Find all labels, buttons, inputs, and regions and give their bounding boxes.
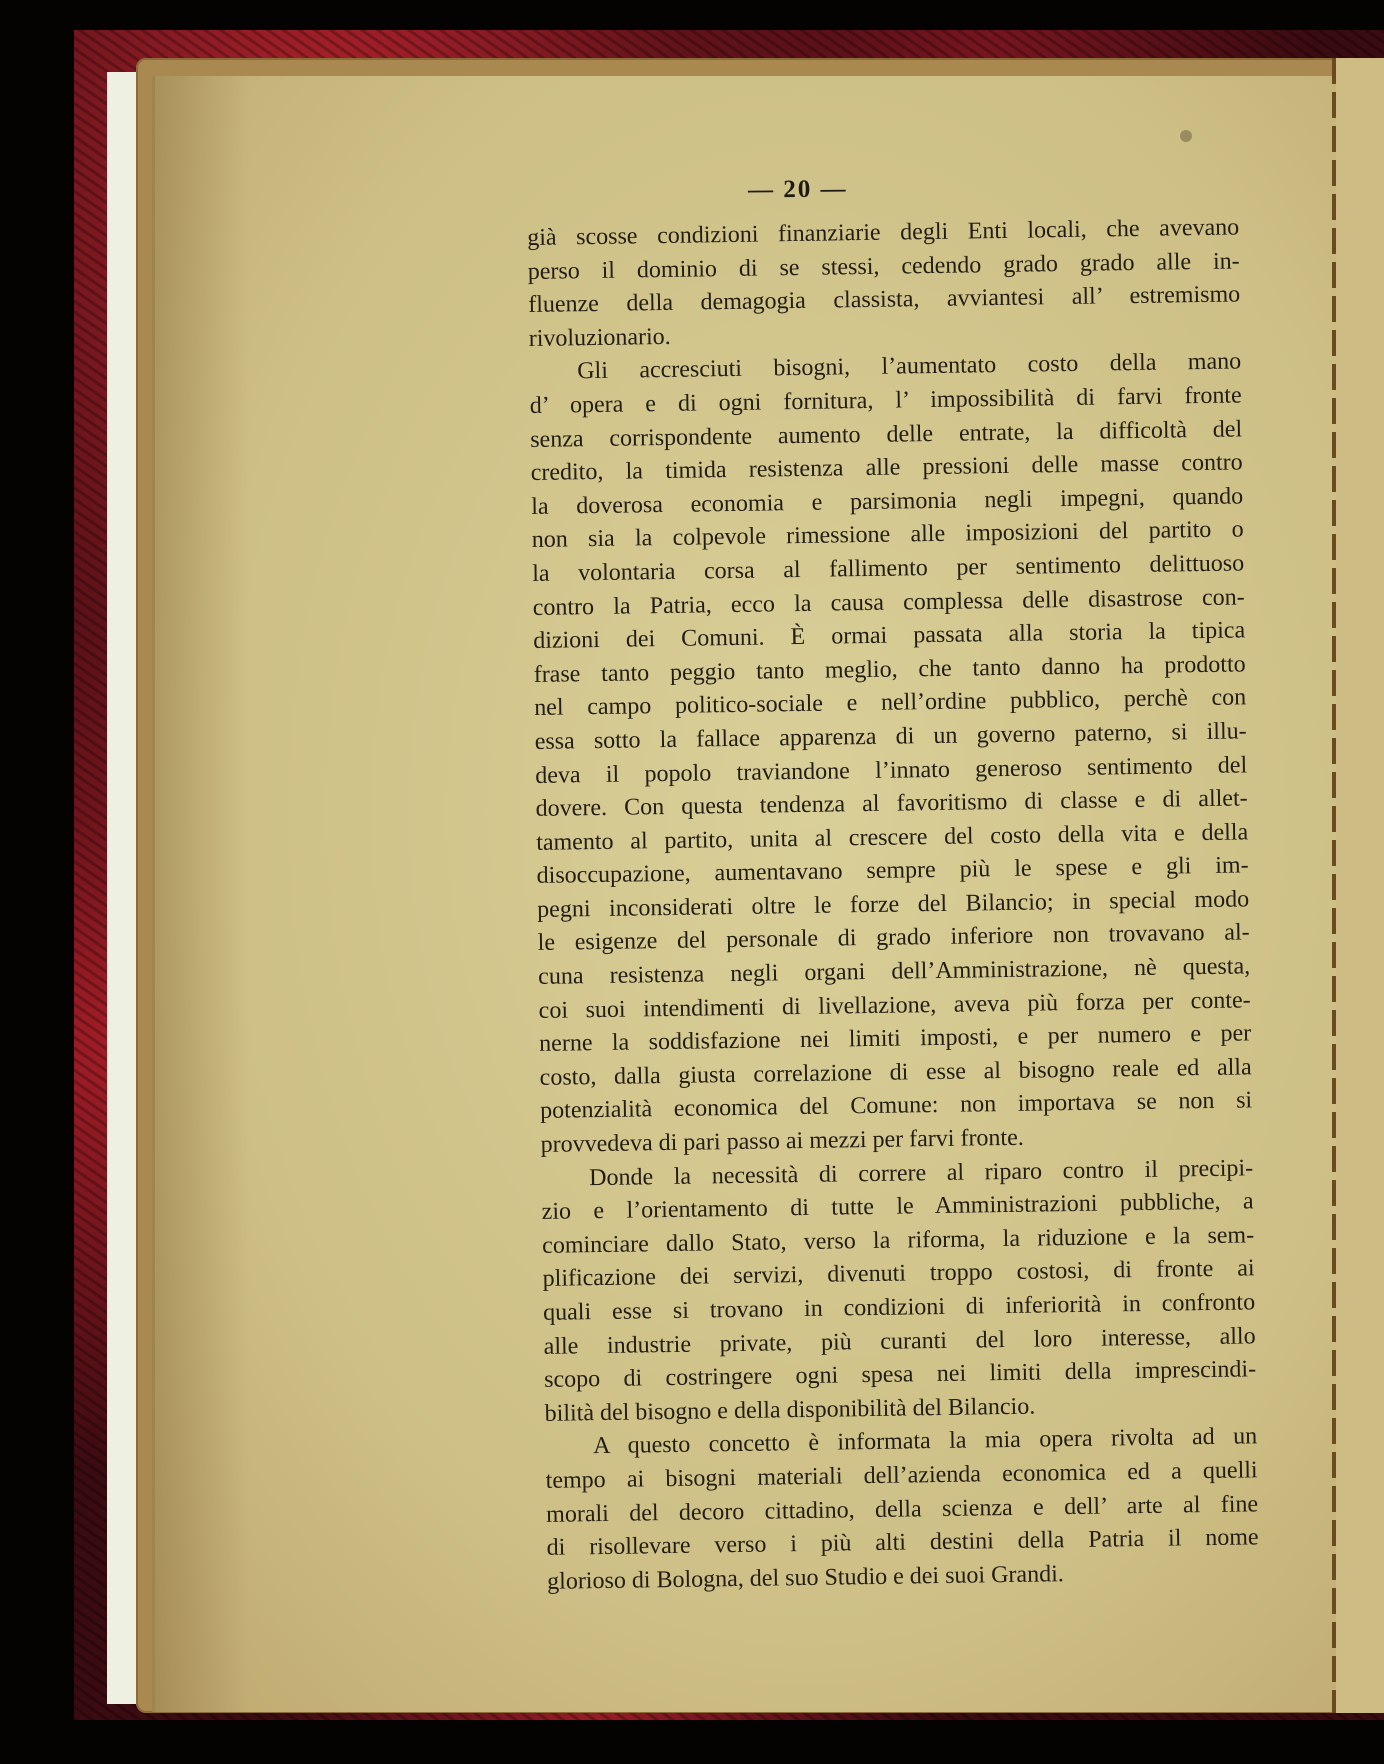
facing-page-edge: [1336, 58, 1384, 1713]
body-text: già scosse condizioni finanziarie degli …: [527, 211, 1259, 1599]
binding-gutter: [1332, 58, 1336, 1713]
page-number: — 20 —: [748, 175, 848, 204]
flyleaf-edge: [107, 72, 139, 1704]
paper-stain: [1180, 130, 1192, 142]
